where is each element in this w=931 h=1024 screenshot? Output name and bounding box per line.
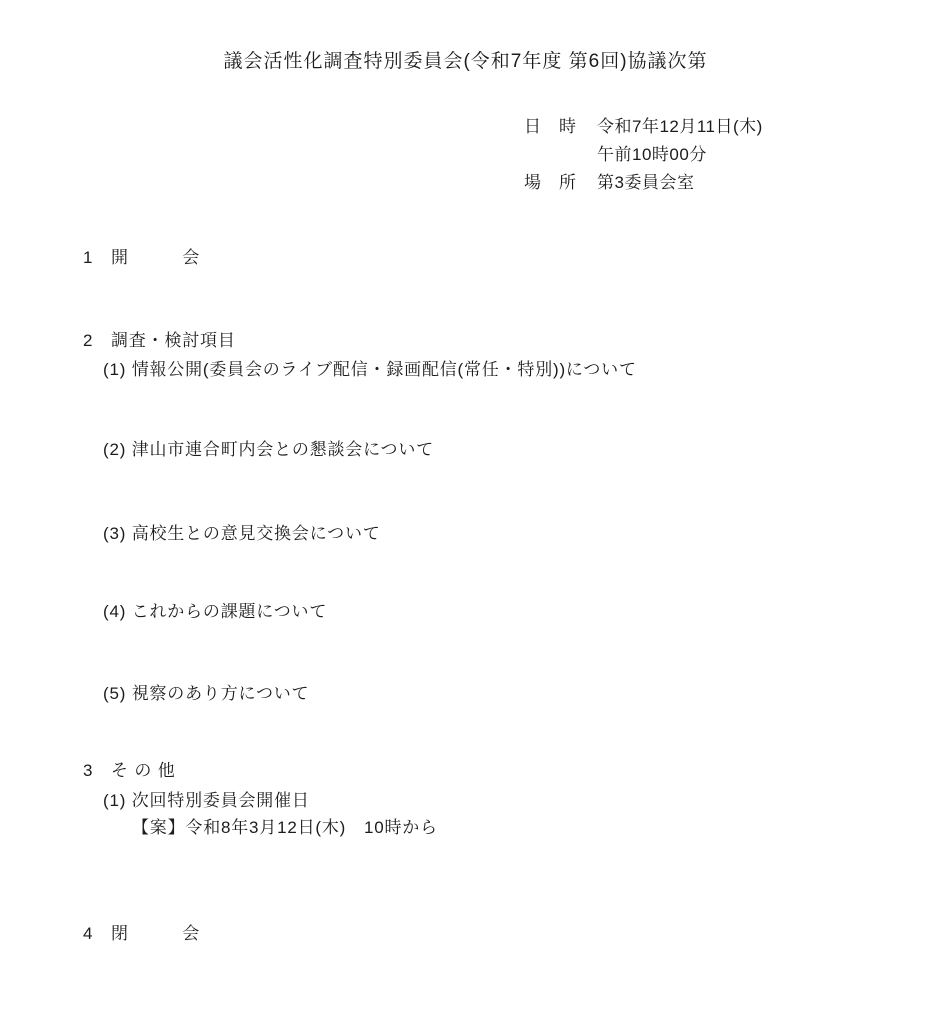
agenda-item-2-sub-4: (4) これからの課題について [103,602,327,622]
meta-block: 日 時 令和7年12月11日(木) 午前10時00分 場 所 第3委員会室 [524,113,763,197]
agenda-item-4-closing: 4 閉 会 [83,924,200,944]
meta-row-place: 場 所 第3委員会室 [524,169,763,197]
place-label: 場 所 [524,169,597,197]
agenda-item-2-heading: 2 調査・検討項目 [83,331,236,351]
date-value: 令和7年12月11日(木) [597,113,763,141]
agenda-document: 議会活性化調査特別委員会(令和7年度 第6回)協議次第 日 時 令和7年12月1… [0,0,931,1024]
time-value: 午前10時00分 [597,141,707,169]
meta-row-datetime: 日 時 令和7年12月11日(木) [524,113,763,141]
agenda-item-3-proposal-note: 【案】令和8年3月12日(木) 10時から [132,818,438,838]
agenda-item-3-heading: 3 そ の 他 [83,761,176,781]
agenda-item-2-sub-3: (3) 高校生との意見交換会について [103,524,381,544]
agenda-item-3-sub-1: (1) 次回特別委員会開催日 [103,791,310,811]
document-title: 議会活性化調査特別委員会(令和7年度 第6回)協議次第 [0,46,931,73]
agenda-item-2-sub-2: (2) 津山市連合町内会との懇談会について [103,440,434,460]
date-label: 日 時 [524,113,597,141]
agenda-item-2-sub-1: (1) 情報公開(委員会のライブ配信・録画配信(常任・特別))について [103,360,637,380]
place-value: 第3委員会室 [597,169,694,197]
meta-spacer [524,141,597,169]
meta-row-time: 午前10時00分 [524,141,763,169]
agenda-item-2-sub-5: (5) 視察のあり方について [103,684,309,704]
agenda-item-1-opening: 1 開 会 [83,248,200,268]
